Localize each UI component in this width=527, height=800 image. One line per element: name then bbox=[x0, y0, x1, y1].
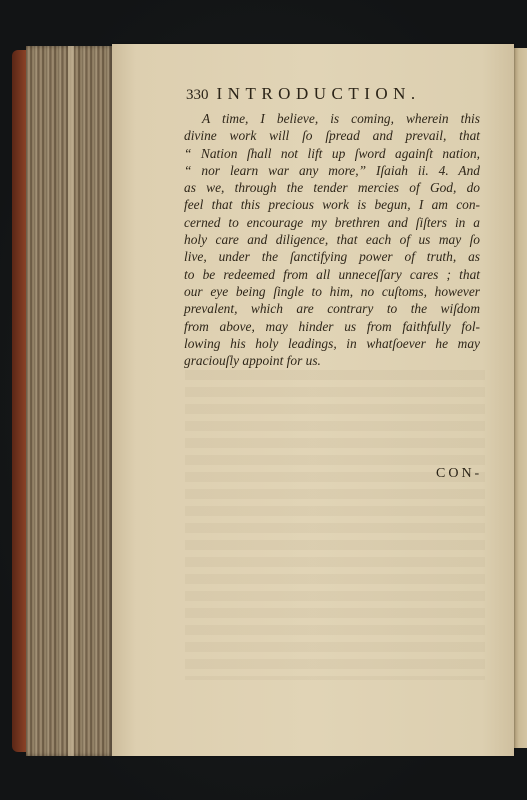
text-line: cerned to encourage my brethren and ſiſt… bbox=[184, 214, 480, 231]
page-block-edges bbox=[26, 46, 114, 756]
text-line: divine work will ſo ſpread and prevail, … bbox=[184, 127, 480, 144]
running-head-title: INTRODUCTION. bbox=[217, 84, 421, 104]
text-line: “ nor learn war any more,” Iſaiah ii. 4.… bbox=[184, 162, 480, 179]
text-line: A time, I believe, is coming, wherein th… bbox=[184, 110, 480, 127]
text-line: live, under the ſanctifying power of tru… bbox=[184, 248, 480, 265]
text-line: our eye being ſingle to him, no cuſtoms,… bbox=[184, 283, 480, 300]
running-head: 330 INTRODUCTION. bbox=[186, 84, 446, 104]
page-edge-highlight bbox=[68, 46, 74, 756]
text-line: prevalent, which are contrary to the wiſ… bbox=[184, 300, 480, 317]
body-text: A time, I believe, is coming, wherein th… bbox=[184, 110, 480, 369]
text-line: from above, may hinder us from faithfull… bbox=[184, 318, 480, 335]
catchword: CON- bbox=[436, 466, 482, 482]
text-line: “ Nation ſhall not lift up ſword againſt… bbox=[184, 145, 480, 162]
page-number: 330 bbox=[186, 87, 209, 104]
text-line: graciouſly appoint for us. bbox=[184, 352, 480, 369]
text-line: to be redeemed from all unneceſſary care… bbox=[184, 266, 480, 283]
text-line: lowing his holy leadings, in whatſoever … bbox=[184, 335, 480, 352]
text-line: holy care and diligence, that each of us… bbox=[184, 231, 480, 248]
text-line: feel that this precious work is begun, I… bbox=[184, 196, 480, 213]
text-line: as we, through the tender mercies of God… bbox=[184, 179, 480, 196]
show-through-text bbox=[185, 370, 485, 680]
facing-page-edge bbox=[512, 48, 527, 748]
